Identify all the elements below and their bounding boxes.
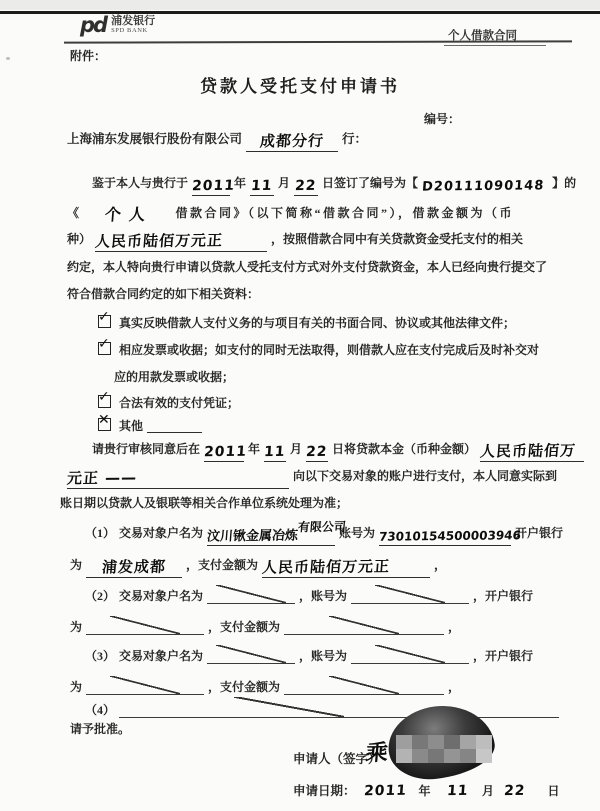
payee-number: （2）: [85, 589, 115, 603]
payee4-line: （4）: [85, 697, 559, 719]
page-title: 贷款人受托支付申请书: [0, 72, 600, 97]
payee1-line-2: 为 浦发成都 ，支付金额为 人民币陆佰万元正 ，: [70, 556, 446, 578]
request-line-3: 账日期以贷款人及银联等相关合作单位系统处理为准；: [60, 494, 348, 511]
payee4-blank-slash: [119, 697, 559, 718]
intro-text: 日签订了编号为【: [322, 176, 418, 190]
payee2-line-2: 为 ，支付金额为 ，: [70, 616, 460, 636]
addressee-company: 上海浦东发展银行股份有限公司: [67, 132, 242, 146]
payee-number: （1）: [85, 526, 115, 540]
approve-request-text: 请予批准。: [70, 720, 130, 737]
bank-logo: pd 浦发银行 SPD BANK: [80, 15, 155, 35]
checklist-text: 其他: [119, 419, 143, 433]
intro-line-5: 符合借款合同约定的如下相关资料：: [67, 285, 259, 302]
month-label: 月: [278, 176, 290, 190]
pay-day-handwritten: 22: [306, 443, 328, 462]
checkbox-checked-icon: ✓: [98, 342, 111, 355]
request-text: 日将贷款本金（币种金额）: [332, 442, 476, 456]
intro-text: ，按照借款合同中有关贷款资金受托支付的相关: [271, 232, 523, 246]
attachment-label: 附件：: [70, 47, 106, 64]
payee-field-label: ，: [448, 680, 460, 694]
scan-edge-band: [0, 0, 600, 10]
applicant-signature-handwritten: 乘: [366, 736, 389, 767]
header-rule-secondary: [444, 45, 546, 46]
checkbox-crossed-icon: ✕: [98, 418, 111, 431]
year-label: 年: [234, 176, 246, 190]
request-line-2: 元正 —— 向以下交易对象的账户进行支付，本人同意实际到: [67, 467, 557, 489]
checklist-item-2: ✓ 相应发票或收据；如支付的同时无法取得，则借款人应在支付完成后及时补交对: [98, 341, 539, 359]
contract-type-label: 个人借款合同: [448, 27, 517, 43]
intro-line-2: 《 个人 借款合同》（以下简称“借款合同”），借款金额为（币: [67, 202, 514, 225]
payee-field-label: 交易对象户名为: [119, 589, 203, 603]
payee2-bank-blank-slash: [86, 616, 204, 635]
bank-name-block: 浦发银行 SPD BANK: [111, 15, 155, 35]
payee-field-label: 为: [70, 680, 82, 694]
date-day-handwritten: 22: [503, 783, 526, 799]
day-label: 日: [547, 784, 559, 798]
pay-amount-handwritten-1: 人民币陆佰万: [480, 440, 584, 462]
intro-line-3: 种） 人民币陆佰万元正 ，按照借款合同中有关贷款资金受托支付的相关: [67, 230, 523, 252]
payee-number: （4）: [85, 703, 115, 717]
payee3-line-1: （3） 交易对象户名为 ，账号为 ，开户银行: [85, 645, 533, 665]
scan-artifact: [6, 57, 10, 60]
sign-year-handwritten: 2011: [192, 177, 230, 196]
pay-amount-handwritten-2: 元正 ——: [67, 467, 289, 489]
request-line-1: 请贵行审核同意后在 2011 年 11 月 22 日将贷款本金（币种金额） 人民…: [92, 440, 584, 462]
year-label: 年: [248, 442, 260, 456]
payee-field-label: 开户银行: [515, 526, 563, 540]
payee1-bank-handwritten: 浦发成都: [86, 556, 182, 578]
checklist-text: 相应发票或收据；如支付的同时无法取得，则借款人应在支付完成后及时补交对: [119, 343, 539, 357]
payee-field-label: ，账号为: [299, 589, 347, 603]
payee1-name-handwritten: 汶川锹金属冶炼有限公司: [207, 525, 335, 546]
date-month-handwritten: 11: [446, 783, 469, 799]
payee2-account-blank-slash: [351, 585, 469, 604]
bank-name-cn: 浦发银行: [111, 15, 155, 27]
payee2-line-1: （2） 交易对象户名为 ，账号为 ，开户银行: [85, 585, 533, 605]
pay-year-handwritten: 2011: [204, 443, 244, 462]
checklist-item-1: ✓ 真实反映借款人支付义务的与项目有关的书面合同、协议或其他法律文件；: [98, 314, 515, 332]
checklist-text: 合法有效的支付凭证；: [119, 396, 239, 410]
payee-field-label: ，支付金额为: [208, 680, 280, 694]
sign-day-handwritten: 22: [294, 177, 318, 196]
payee-field-label: 为: [70, 558, 82, 572]
date-year-handwritten: 2011: [363, 783, 407, 799]
payee-field-label: ，: [448, 620, 460, 634]
payee-field-label: ，支付金额为: [208, 620, 280, 634]
date-label: 申请日期：: [293, 784, 356, 798]
checklist-item-2-cont: 应的用款发票或收据；: [114, 368, 234, 385]
intro-text: 】的: [552, 176, 576, 190]
contract-no-handwritten: D20111090148: [422, 177, 548, 195]
other-blank: [147, 432, 202, 433]
sign-month-handwritten: 11: [250, 177, 274, 196]
intro-line-4: 约定，本人特向贵行申请以贷款人受托支付方式对外支付贷款资金，本人已经向贵行提交了: [67, 258, 547, 275]
payee-field-label: ，开户银行: [473, 589, 533, 603]
checklist-item-3: ✓ 合法有效的支付凭证；: [98, 394, 239, 412]
checkbox-checked-icon: ✓: [98, 315, 111, 328]
payee1-line-1: （1） 交易对象户名为 汶川锹金属冶炼有限公司 账号为 730101545000…: [85, 524, 563, 546]
payee3-name-blank-slash: [207, 645, 295, 664]
payee3-line-2: 为 ，支付金额为 ，: [70, 676, 460, 696]
intro-text: 《: [67, 206, 82, 220]
loan-amount-handwritten: 人民币陆佰万元正: [95, 230, 267, 252]
payee-field-label: ，开户银行: [473, 649, 533, 663]
checkbox-checked-icon: ✓: [98, 395, 111, 408]
payee3-bank-blank-slash: [86, 676, 204, 695]
bank-name-en: SPD BANK: [111, 27, 155, 35]
payee2-name-blank-slash: [207, 585, 295, 604]
payee-number: （3）: [85, 649, 115, 663]
spdb-logo-icon: pd: [80, 15, 106, 35]
checklist-text: 真实反映借款人支付义务的与项目有关的书面合同、协议或其他法律文件；: [119, 316, 515, 330]
addressee-line: 上海浦东发展银行股份有限公司 成都分行 行：: [67, 129, 367, 152]
scanned-form-page: pd 浦发银行 SPD BANK 个人借款合同 附件： 贷款人受托支付申请书 编…: [0, 0, 600, 811]
payee-field-label: ，账号为: [299, 649, 347, 663]
application-date-line: 申请日期： 2011 年 11 月 22 日: [293, 781, 560, 800]
payee-field-label: 交易对象户名为: [119, 649, 203, 663]
checklist-item-4: ✕ 其他: [98, 417, 202, 435]
intro-text: 鉴于本人与贵行于: [92, 176, 188, 190]
loan-type-handwritten: 个人: [86, 202, 172, 225]
payee-field-label: 交易对象户名为: [119, 526, 203, 540]
month-label: 月: [482, 784, 494, 798]
payee1-account-handwritten: 73010154500003946: [379, 527, 511, 546]
request-text: 向以下交易对象的账户进行支付，本人同意实际到: [293, 469, 557, 483]
month-label: 月: [290, 442, 302, 456]
payee3-amount-blank-slash: [284, 676, 444, 695]
addressee-suffix: 行：: [342, 132, 367, 146]
payee-field-label: ，: [434, 558, 446, 572]
intro-text: 种）: [67, 232, 91, 246]
pay-month-handwritten: 11: [264, 443, 286, 462]
branch-handwritten: 成都分行: [246, 130, 338, 152]
intro-line-1: 鉴于本人与贵行于 2011 年 11 月 22 日签订了编号为【 D201110…: [92, 174, 576, 196]
censor-pixelation: [396, 735, 492, 763]
payee1-amount-handwritten: 人民币陆佰万元正: [262, 556, 430, 578]
request-text: 请贵行审核同意后在: [92, 442, 200, 456]
year-label: 年: [418, 784, 430, 798]
intro-text: 借款合同》（以下简称“借款合同”），借款金额为（币: [176, 206, 515, 220]
number-label: 编号：: [424, 110, 460, 127]
payee-field-label: ，支付金额为: [186, 558, 258, 572]
payee2-amount-blank-slash: [284, 616, 444, 635]
payee3-account-blank-slash: [351, 645, 469, 664]
payee-field-label: 为: [70, 620, 82, 634]
